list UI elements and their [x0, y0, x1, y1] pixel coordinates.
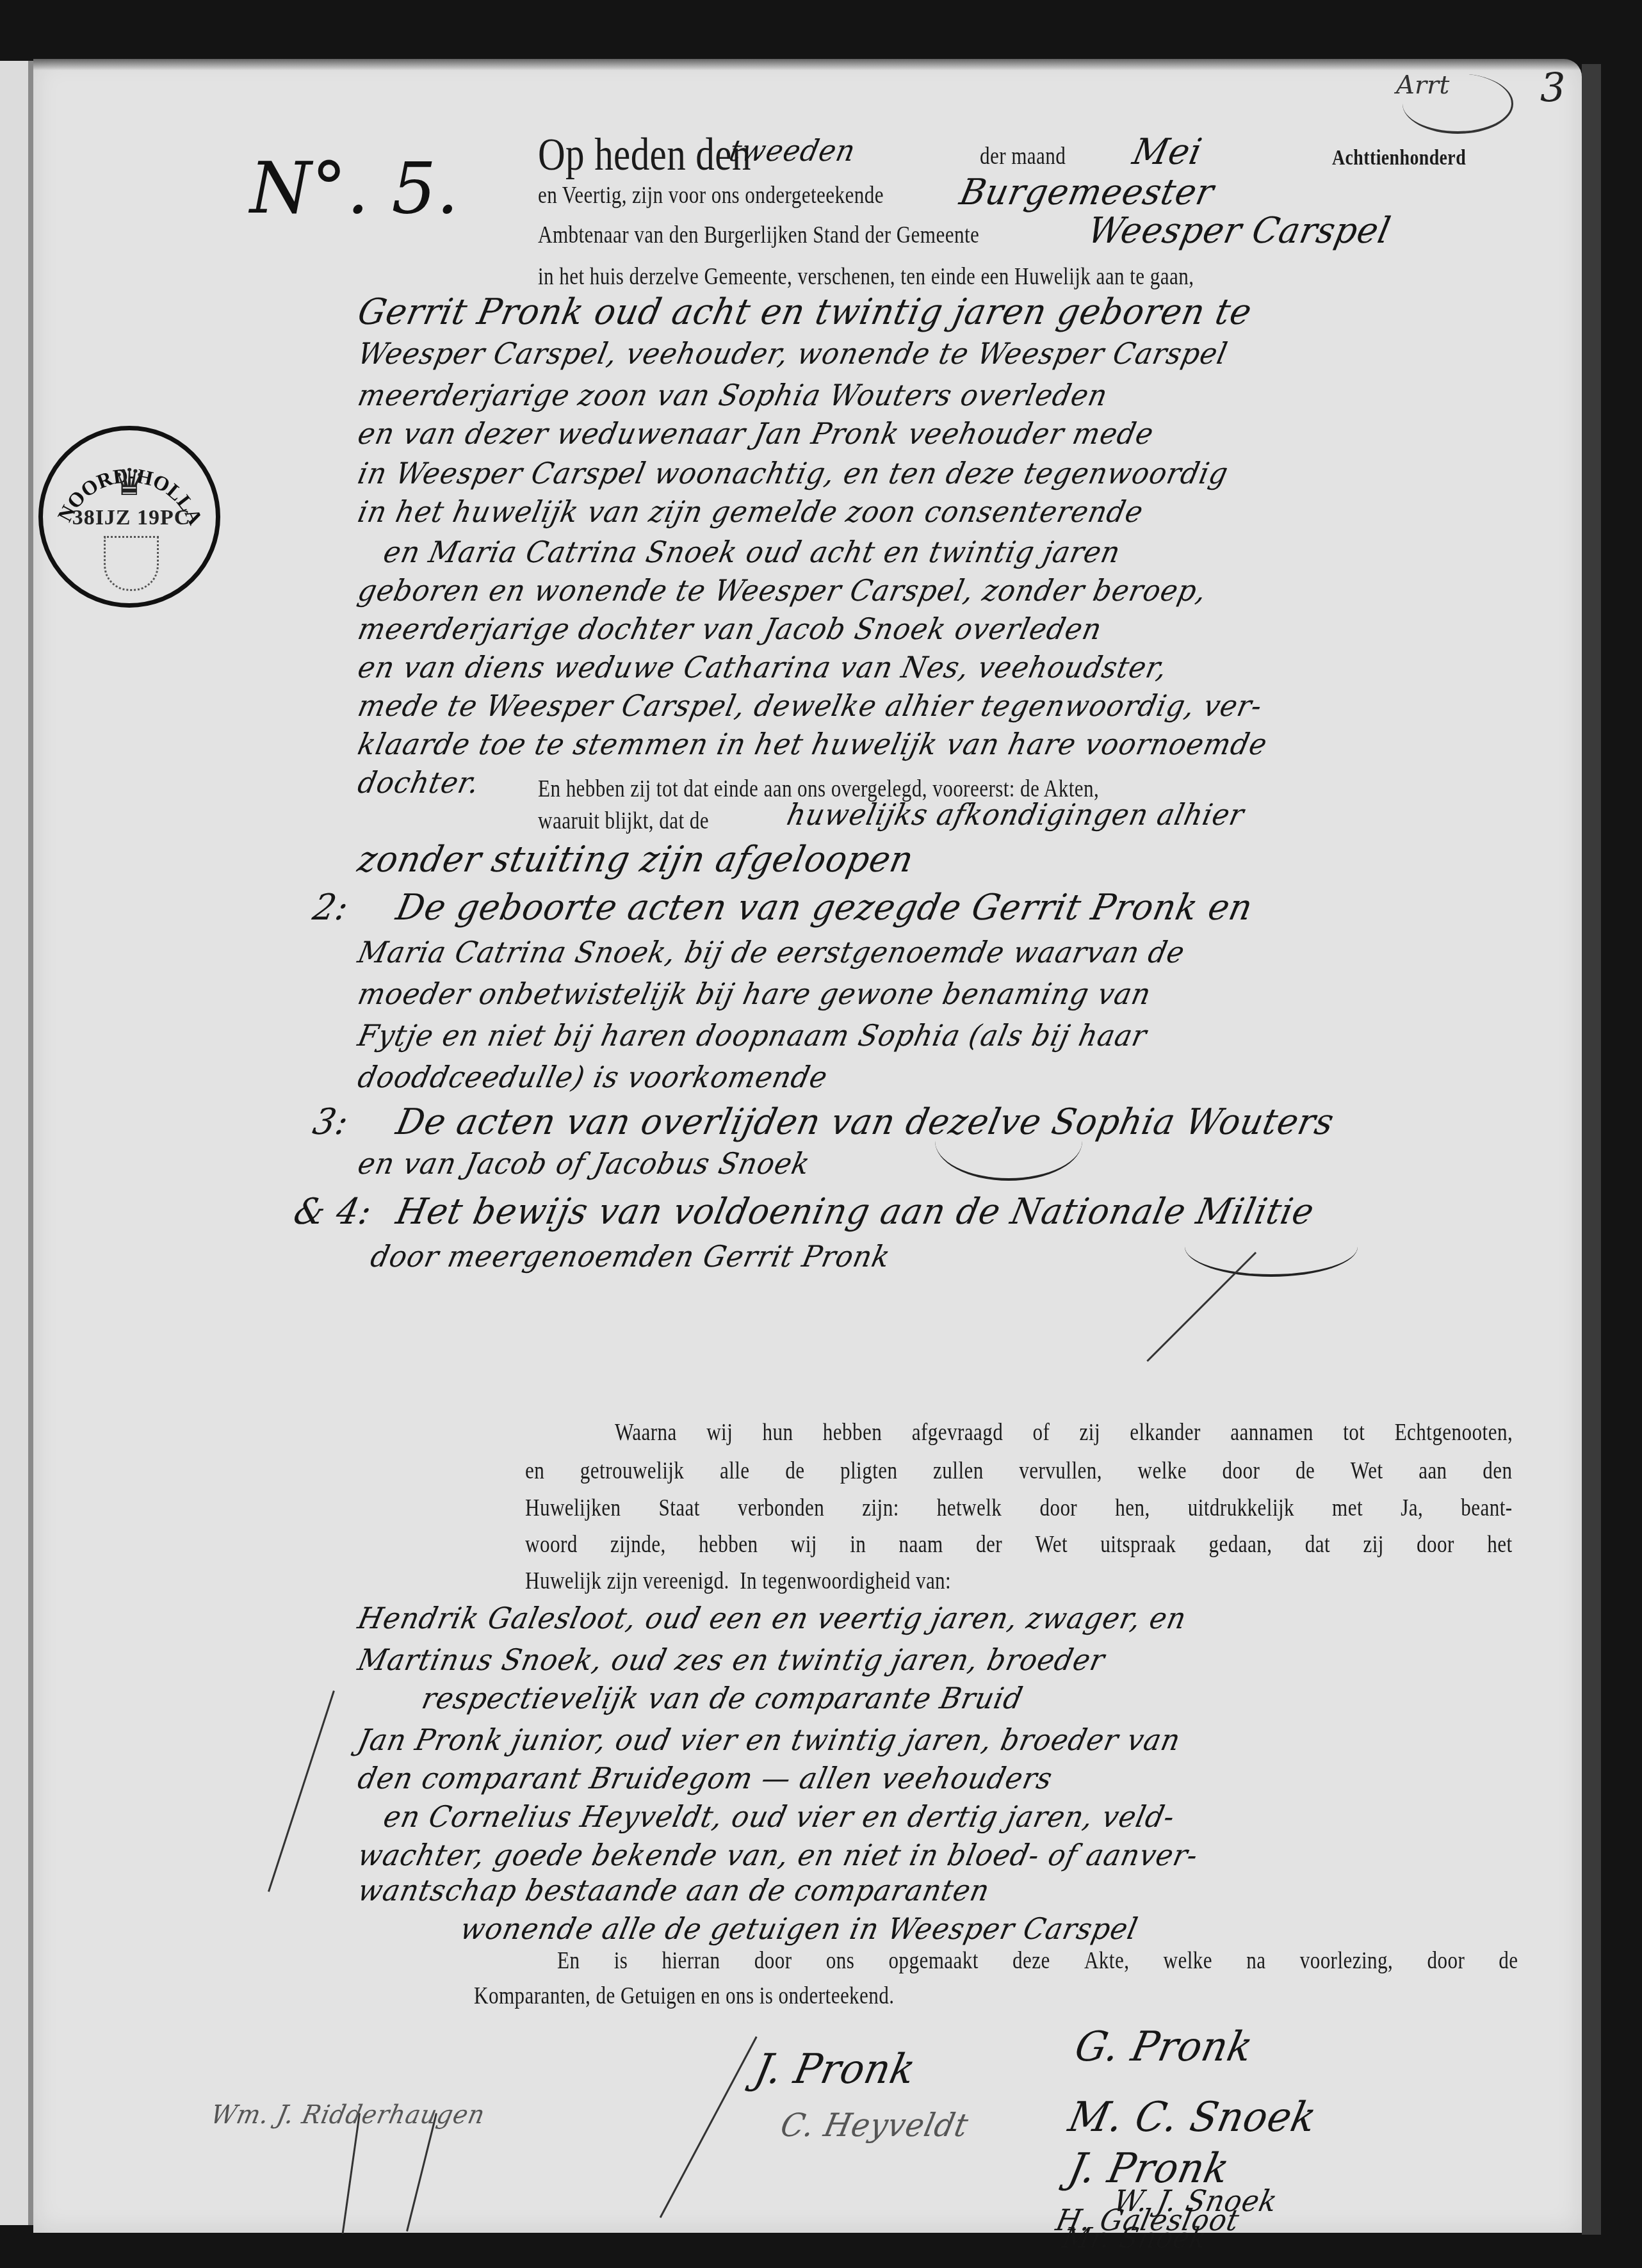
declaration-line: Waarnawijhunhebbenafgevraagdofzijelkande…: [615, 1418, 1513, 1446]
parties-line: dochter.: [355, 765, 482, 800]
ink-flourish: [1185, 1217, 1358, 1277]
documents-item-2-line: moeder onbetwistelijk bij hare gewone be…: [355, 976, 1154, 1011]
signature-mr-snoek: Mr. Snoek: [1060, 2222, 1210, 2255]
documents-item-2-line: De geboorte acten van gezegde Gerrit Pro…: [393, 887, 1256, 928]
documents-item-2-line: Maria Catrina Snoek, bij de eerstgenoemd…: [355, 935, 1188, 969]
signature-j-pronk-1: J. Pronk: [751, 2046, 920, 2093]
documents-printed-b: waaruit blijkt, dat de: [538, 807, 709, 835]
documents-item-3-line: De acten van overlijden van dezelve Soph…: [393, 1101, 1338, 1143]
ink-flourish: [935, 1101, 1082, 1181]
signature-g-pronk: G. Pronk: [1071, 2023, 1257, 2071]
intro-title: Burgemeester: [956, 172, 1218, 213]
intro-month: Mei: [1129, 131, 1206, 173]
closing-line-2: Komparanten, de Getuigen en ons is onder…: [474, 1982, 895, 2010]
parties-line: mede te Weesper Carspel, dewelke alhier …: [355, 688, 1265, 723]
signature-official: Wm. J. Ridderhaugen: [208, 2100, 487, 2130]
documents-item-4-line: Het bewijs van voldoening aan de Nationa…: [393, 1191, 1318, 1233]
documents-item-1-line: zonder stuiting zijn afgeloopen: [354, 839, 918, 880]
parties-line: meerderjarige dochter van Jacob Snoek ov…: [355, 612, 1105, 646]
witness-line: Hendrik Galesloot, oud een en veertig ja…: [355, 1601, 1189, 1635]
parties-line: geboren en wonende te Weesper Carspel, z…: [355, 573, 1210, 608]
noord-holland-stamp: NOORD-HOLLAND. ♛ 38IJZ 19PC: [38, 426, 220, 608]
witness-line: wantschap bestaande aan de comparanten: [355, 1873, 993, 1908]
witness-line: Jan Pronk junior, oud vier en twintig ja…: [355, 1722, 1183, 1757]
documents-item-2-line: dooddceedulle) is voorkomende: [355, 1060, 831, 1094]
previous-page-edge: [0, 61, 33, 2225]
declaration-line: engetrouwelijkalledepligtenzullenvervull…: [525, 1457, 1513, 1485]
witness-line: wachter, goede bekende van, en niet in b…: [355, 1838, 1201, 1872]
parties-line: en Maria Catrina Snoek oud acht en twint…: [380, 535, 1124, 569]
annotation-flourish: [1402, 74, 1513, 134]
declaration-line: woordzijnde,hebbenwijinnaamderWetuitspra…: [525, 1530, 1513, 1559]
stamp-code: 38IJZ 19PC: [54, 506, 208, 530]
parties-line: en van dezer weduwenaar Jan Pronk veehou…: [355, 416, 1157, 451]
documents-item-4-num: & 4:: [290, 1191, 376, 1233]
declaration-line: HuwelijkenStaatverbondenzijn:hetwelkdoor…: [525, 1494, 1513, 1522]
intro-line1-printed-c: Achttienhonderd: [1332, 146, 1466, 170]
closing-line-1: EnishierrandooronsopgemaaktdezeAkte,welk…: [557, 1947, 1518, 1975]
parties-line: Weesper Carspel, veehouder, wonende te W…: [355, 336, 1231, 371]
parties-line: Gerrit Pronk oud acht en twintig jaren g…: [354, 291, 1256, 333]
intro-line3-printed: Ambtenaar van den Burgerlijken Stand der…: [538, 221, 979, 249]
witness-line: wonende alle de getuigen in Weesper Cars…: [457, 1911, 1141, 1946]
act-number: N°. 5.: [250, 147, 459, 229]
witness-line: en Cornelius Heyveldt, oud vier en derti…: [380, 1799, 1178, 1834]
documents-item-3-line: en van Jacob of Jacobus Snoek: [355, 1146, 813, 1181]
intro-line4-printed: in het huis derzelve Gemeente, verschene…: [538, 263, 1515, 291]
witness-line: Martinus Snoek, oud zes en twintig jaren…: [355, 1642, 1108, 1677]
parties-line: meerderjarige zoon van Sophia Wouters ov…: [355, 378, 1110, 412]
page-torn-top-edge: [33, 51, 1582, 70]
parties-line: klaarde toe te stemmen in het huwelijk v…: [355, 727, 1271, 761]
signature-mc-snoek: M. C. Snoek: [1064, 2094, 1321, 2141]
page-edge-shadow: [1582, 64, 1601, 2235]
parties-line: in het huwelijk van zijn gemelde zoon co…: [355, 494, 1146, 529]
intro-day: tweeden: [726, 133, 859, 168]
page-number: 3: [1540, 64, 1565, 111]
documents-item-2-line: Fytje en niet bij haren doopnaam Sophia …: [355, 1018, 1150, 1053]
witness-line: den comparant Bruidegom — allen veehoude…: [355, 1761, 1055, 1795]
intro-line2-printed: en Veertig, zijn voor ons ondergeteekend…: [538, 181, 884, 209]
witness-line: respectievelijk van de comparante Bruid: [419, 1681, 1026, 1715]
signature-heyveldt: C. Heyveldt: [777, 2107, 972, 2144]
parties-line: en van diens weduwe Catharina van Nes, v…: [355, 650, 1171, 684]
documents-hand-b: huwelijks afkondigingen alhier: [784, 797, 1248, 832]
parties-line: in Weesper Carspel woonachtig, en ten de…: [355, 456, 1231, 490]
intro-line1-printed-b: der maand: [980, 142, 1066, 170]
intro-place: Weesper Carspel: [1084, 210, 1394, 252]
shield-icon: [104, 536, 159, 591]
crown-icon: ♛: [101, 464, 158, 502]
intro-line1-printed-a: Op heden den: [538, 128, 751, 181]
declaration-line: Huwelijk zijn vereenigd. In tegenwoordig…: [525, 1567, 951, 1595]
documents-item-4-line: door meergenoemden Gerrit Pronk: [368, 1239, 893, 1274]
